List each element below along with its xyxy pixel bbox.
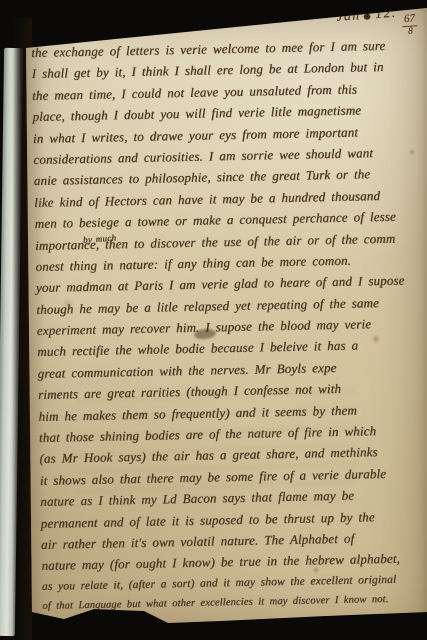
fraction-numerator: 67 [401,13,417,27]
interlinear-insertion: by much [82,227,117,251]
folio-number: 15 [201,8,216,25]
photograph-background: Sʳ 15 Jan 12.678 by much the exchange of… [0,0,427,640]
salutation: Sʳ [45,14,56,31]
manuscript-lines: by much the exchange of letters is verie… [31,34,427,617]
manuscript-page: Sʳ 15 Jan 12.678 by much the exchange of… [16,2,427,640]
